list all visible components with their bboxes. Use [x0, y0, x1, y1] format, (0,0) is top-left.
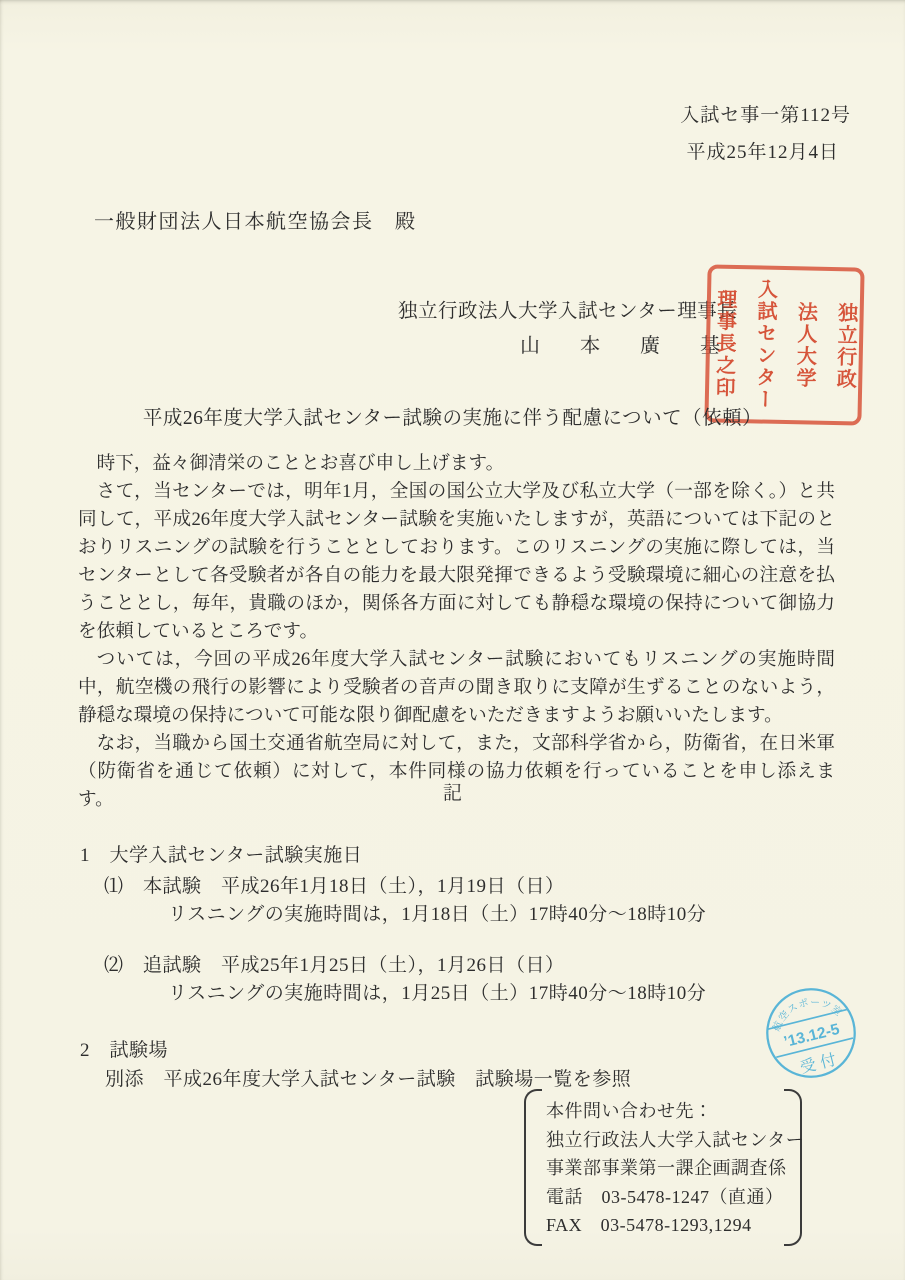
- receipt-stamp-graphic: 航空スポーツ室 ’13.12-5 受付: [754, 976, 868, 1090]
- contact-lines: 本件問い合わせ先： 独立行政法人大学入試センター 事業部事業第一課企画調査係 電…: [546, 1097, 804, 1240]
- seal-column-4: 理事長之印: [713, 272, 736, 416]
- section1-item1-detail: リスニングの実施時間は，1月18日（土）17時40分～18時10分: [168, 899, 706, 926]
- seal-column-2: 法人大学: [793, 273, 816, 417]
- section1-item2: ⑵ 追試験 平成25年1月25日（土），1月26日（日）: [104, 950, 565, 977]
- body-paragraph: ついては，今回の平成26年度大学入試センター試験においてもリスニングの実施時間中…: [78, 646, 835, 730]
- contact-org: 独立行政法人大学入試センター: [546, 1126, 804, 1155]
- ki-marker: 記: [0, 778, 905, 805]
- section1-item1: ⑴ 本試験 平成26年1月18日（土），1月19日（日）: [104, 871, 565, 898]
- document-meta: 入試セ事一第112号 平成25年12月4日: [680, 97, 851, 171]
- sender-title: 独立行政法人大学入試センター理事長: [398, 295, 737, 323]
- contact-phone: 電話 03-5478-1247（直通）: [546, 1183, 804, 1212]
- seal-column-3: 入試センター: [753, 272, 776, 416]
- contact-division: 事業部事業第一課企画調査係: [546, 1154, 804, 1183]
- section2-detail: 別添 平成26年度大学入試センター試験 試験場一覧を参照: [105, 1064, 631, 1091]
- sender-name: 山 本 廣 基: [520, 329, 730, 358]
- contact-heading: 本件問い合わせ先：: [546, 1097, 804, 1126]
- seal-column-1: 独立行政: [833, 274, 856, 418]
- section1-heading: 1 大学入試センター試験実施日: [80, 840, 362, 867]
- section2-heading: 2 試験場: [80, 1035, 168, 1062]
- contact-fax: FAX 03-5478-1293,1294: [546, 1211, 804, 1240]
- addressee-line: 一般財団法人日本航空協会長 殿: [94, 205, 417, 234]
- stamp-received-label: 受付: [798, 1050, 842, 1077]
- letter-body: 時下，益々御清栄のこととお喜び申し上げます。 さて，当センターでは，明年1月，全…: [78, 450, 835, 814]
- document-number: 入試セ事一第112号: [680, 97, 851, 134]
- body-paragraph: さて，当センターでは，明年1月，全国の国公立大学及び私立大学（一部を除く。）と共…: [78, 478, 835, 646]
- subject-title: 平成26年度大学入試センター試験の実施に伴う配慮について（依頼）: [0, 402, 905, 430]
- body-paragraph: 時下，益々御清栄のこととお喜び申し上げます。: [78, 450, 835, 478]
- document-date: 平成25年12月4日: [680, 134, 839, 171]
- stamp-date-text: ’13.12-5: [782, 1021, 842, 1051]
- bracket-left-border: [524, 1089, 542, 1246]
- section1-item2-detail: リスニングの実施時間は，1月25日（土）17時40分～18時10分: [168, 978, 706, 1005]
- receipt-stamp: 航空スポーツ室 ’13.12-5 受付: [754, 976, 868, 1090]
- contact-info-box: 本件問い合わせ先： 独立行政法人大学入試センター 事業部事業第一課企画調査係 電…: [524, 1089, 802, 1246]
- scanned-letter-page: 入試セ事一第112号 平成25年12月4日 一般財団法人日本航空協会長 殿 独立…: [0, 0, 905, 1280]
